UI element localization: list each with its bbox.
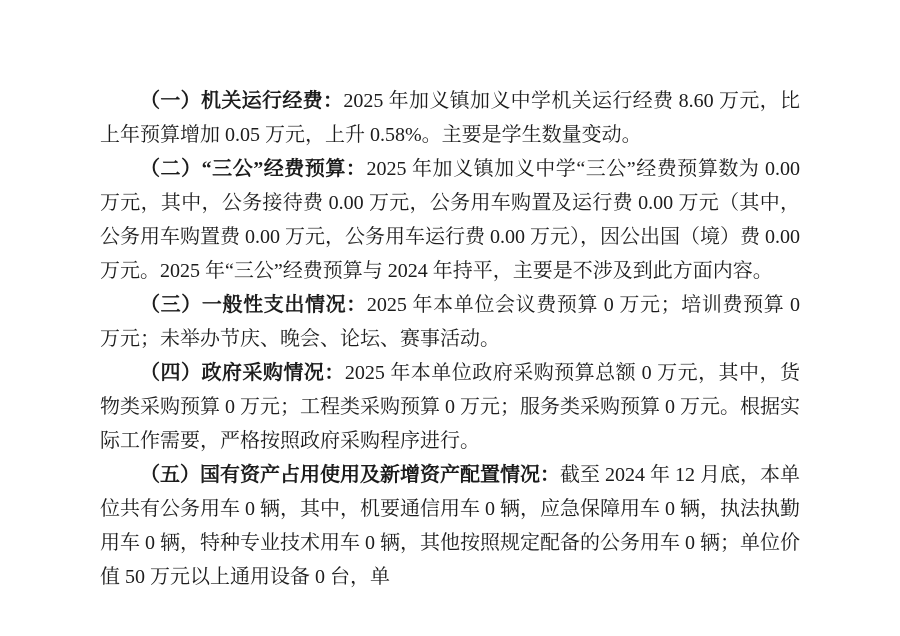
para-state-assets-heading: （五）国有资产占用使用及新增资产配置情况： [140,464,560,486]
document-page: （一）机关运行经费：2025 年加义镇加义中学机关运行经费 8.60 万元，比上… [0,0,900,636]
para-operating-expenses: （一）机关运行经费：2025 年加义镇加义中学机关运行经费 8.60 万元，比上… [100,84,800,152]
para-three-public-funds-heading: （二）“三公”经费预算： [140,158,366,180]
para-government-procurement: （四）政府采购情况：2025 年本单位政府采购预算总额 0 万元，其中，货物类采… [100,356,800,458]
para-three-public-funds: （二）“三公”经费预算：2025 年加义镇加义中学“三公”经费预算数为 0.00… [100,152,800,288]
para-general-expenditure: （三）一般性支出情况：2025 年本单位会议费预算 0 万元；培训费预算 0 万… [100,288,800,356]
para-state-assets: （五）国有资产占用使用及新增资产配置情况：截至 2024 年 12 月底，本单位… [100,458,800,594]
document-body: （一）机关运行经费：2025 年加义镇加义中学机关运行经费 8.60 万元，比上… [0,0,900,594]
para-operating-expenses-heading: （一）机关运行经费： [140,90,343,112]
para-government-procurement-heading: （四）政府采购情况： [140,362,345,384]
para-general-expenditure-heading: （三）一般性支出情况： [140,294,367,316]
